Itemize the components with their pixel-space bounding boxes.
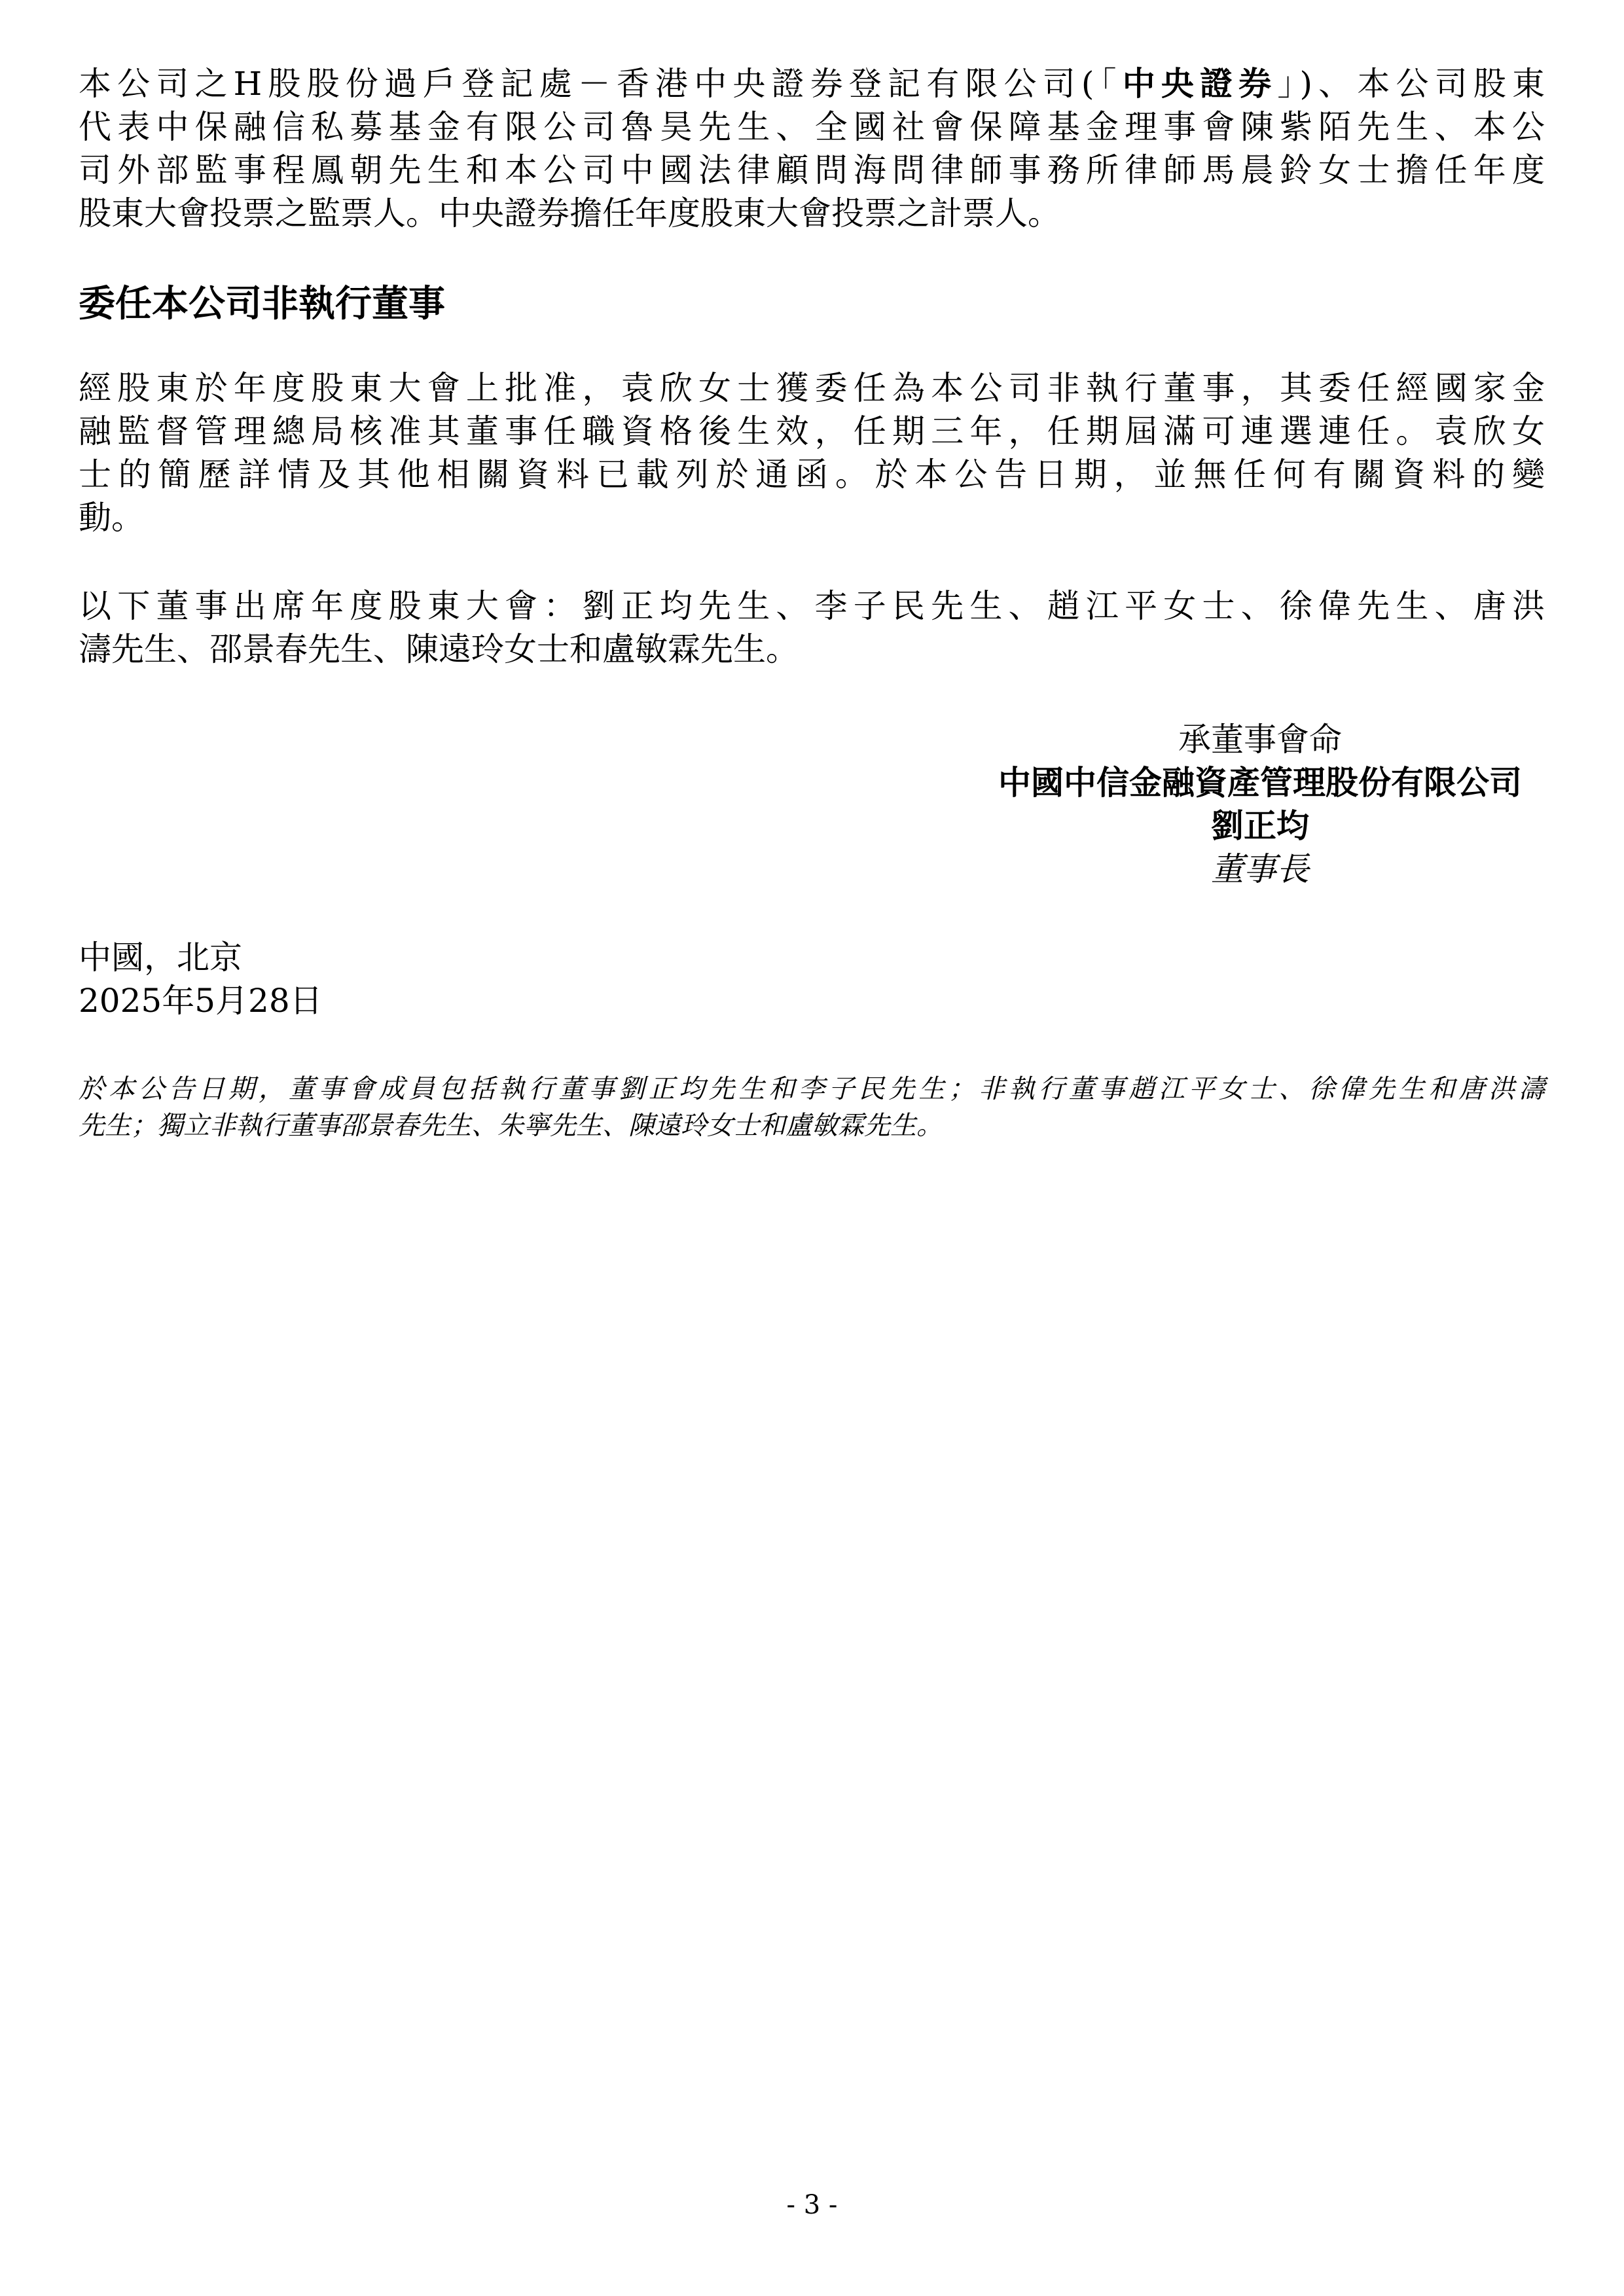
attendance-line-2: 濤先生、邵景春先生、陳遠玲女士和盧敏霖先生。 <box>79 628 1545 671</box>
appointment-line-2: 融監督管理總局核准其董事任職資格後生效，任期三年，任期屆滿可連選連任。袁欣女 <box>79 410 1545 453</box>
page-number: - 3 - <box>0 2189 1624 2221</box>
company-name: 中國中信金融資產管理股份有限公司 <box>975 761 1545 804</box>
intro-line-4: 股東大會投票之監票人。中央證券擔任年度股東大會投票之計票人。 <box>79 192 1545 235</box>
intro-line-1: 本公司之H股股份過戶登記處－香港中央證券登記有限公司(「中央證券」)、本公司股東 <box>79 62 1545 105</box>
appointment-line-4: 動。 <box>79 496 1545 539</box>
document-page: 本公司之H股股份過戶登記處－香港中央證券登記有限公司(「中央證券」)、本公司股東… <box>0 0 1624 2296</box>
attendance-line-1: 以下董事出席年度股東大會：劉正均先生、李子民先生、趙江平女士、徐偉先生、唐洪 <box>79 584 1545 628</box>
appointment-line-1: 經股東於年度股東大會上批准，袁欣女士獲委任為本公司非執行董事，其委任經國家金 <box>79 367 1545 410</box>
date: 2025年5月28日 <box>79 979 323 1022</box>
intro-line-3: 司外部監事程鳳朝先生和本公司中國法律顧問海問律師事務所律師馬晨鈴女士擔任年度 <box>79 149 1545 192</box>
defined-term-ccass: 中央證券 <box>1123 65 1278 103</box>
signatory-name: 劉正均 <box>975 804 1545 848</box>
appointment-line-3: 士的簡歷詳情及其他相關資料已載列於通函。於本公告日期，並無任何有關資料的變 <box>79 453 1545 496</box>
note-line-1: 於本公告日期，董事會成員包括執行董事劉正均先生和李子民先生；非執行董事趙江平女士… <box>79 1071 1545 1107</box>
by-order-of-board: 承董事會命 <box>975 718 1545 761</box>
intro-line-1-pre: 本公司之H股股份過戶登記處－香港中央證券登記有限公司(「 <box>79 65 1123 103</box>
intro-line-1-post: 」)、本公司股東 <box>1277 65 1545 103</box>
place: 中國，北京 <box>79 936 242 979</box>
section-heading: 委任本公司非執行董事 <box>79 281 445 327</box>
intro-line-2: 代表中保融信私募基金有限公司魯昊先生、全國社會保障基金理事會陳紫陌先生、本公 <box>79 105 1545 149</box>
signatory-title: 董事長 <box>975 848 1545 891</box>
note-line-2: 先生；獨立非執行董事邵景春先生、朱寧先生、陳遠玲女士和盧敏霖先生。 <box>79 1107 1545 1144</box>
